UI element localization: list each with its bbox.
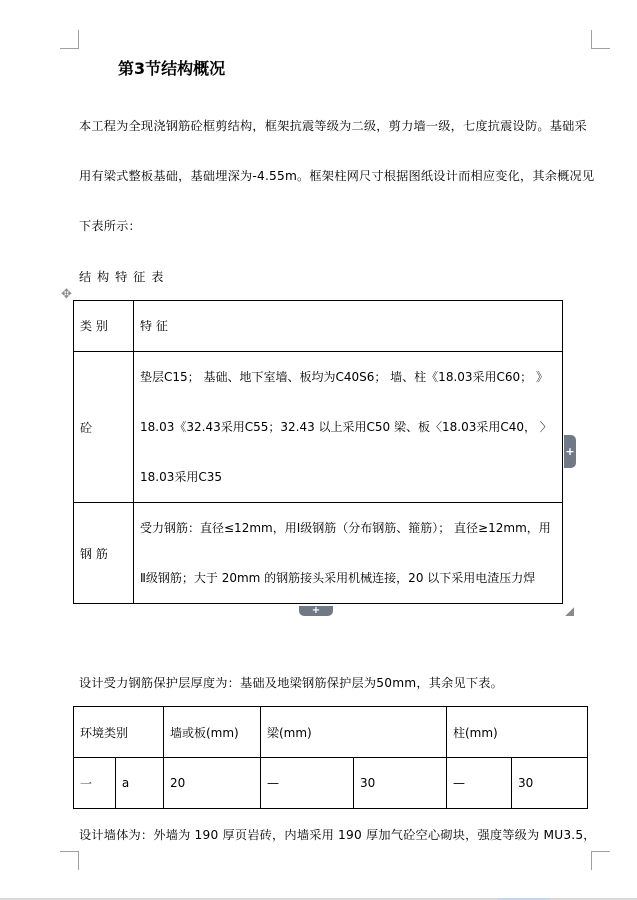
- add-row-button[interactable]: +: [299, 606, 333, 616]
- cell-beam-a: —: [261, 758, 354, 809]
- body-paragraph-line-2: 用有梁式整板基础，基础埋深为-4.55m。框架柱网尺寸根据图纸设计而相应变化，其…: [79, 167, 594, 184]
- table-caption: 结 构 特 征 表: [79, 268, 164, 285]
- feature-line: 垫层C15； 基础、地下室墙、板均为C40S6； 墙、柱《18.03采用C60；…: [140, 352, 562, 402]
- table-row: 一 a 20 — 30 — 30: [74, 758, 588, 809]
- page-corner-top-right: [591, 30, 610, 49]
- cell-env-class: 一: [74, 758, 116, 809]
- cell-column-a: —: [447, 758, 512, 809]
- cell-env-sub: a: [115, 758, 163, 809]
- cover-thickness-table: 环境类别 墙或板(mm) 梁(mm) 柱(mm) 一 a 20 — 30 — 3…: [73, 706, 588, 809]
- table-resize-handle-icon[interactable]: [565, 607, 574, 616]
- section-heading: 第3节结构概况: [118, 56, 225, 79]
- wall-paragraph: 设计墙体为：外墙为 190 厚页岩砖，内墙采用 190 厚加气砼空心砌块，强度等…: [79, 826, 596, 843]
- body-paragraph-line-3: 下表所示：: [79, 217, 141, 234]
- page-corner-top-left: [60, 30, 79, 49]
- row-features-concrete: 垫层C15； 基础、地下室墙、板均为C40S6； 墙、柱《18.03采用C60；…: [134, 352, 563, 503]
- add-column-button[interactable]: +: [564, 435, 576, 468]
- header-category: 类 别: [74, 301, 134, 352]
- cell-wall-slab: 20: [164, 758, 261, 809]
- cover-thickness-paragraph: 设计受力钢筋保护层厚度为：基础及地梁钢筋保护层为50mm，其余见下表。: [79, 674, 503, 691]
- row-category-rebar: 钢 筋: [74, 503, 134, 604]
- table-header-row: 类 别 特 征: [74, 301, 563, 352]
- table-row: 钢 筋 受力钢筋：直径≤12mm，用Ⅰ级钢筋（分布钢筋、箍筋）； 直径≥12mm…: [74, 503, 563, 604]
- header-environment-class: 环境类别: [74, 707, 164, 758]
- table-row: 砼 垫层C15； 基础、地下室墙、板均为C40S6； 墙、柱《18.03采用C6…: [74, 352, 563, 503]
- header-column: 柱(mm): [447, 707, 588, 758]
- header-beam: 梁(mm): [261, 707, 447, 758]
- row-category-concrete: 砼: [74, 352, 134, 503]
- table-header-row: 环境类别 墙或板(mm) 梁(mm) 柱(mm): [74, 707, 588, 758]
- feature-line: 18.03《32.43采用C55；32.43 以上采用C50 梁、板〈18.03…: [140, 402, 562, 452]
- body-paragraph-line-1: 本工程为全现浇钢筋砼框剪结构，框架抗震等级为二级，剪力墙一级，七度抗震设防。基础…: [79, 117, 587, 134]
- feature-line: Ⅱ级钢筋；大于 20mm 的钢筋接头采用机械连接，20 以下采用电渣压力焊: [140, 553, 562, 603]
- cell-column-b: 30: [512, 758, 588, 809]
- page-corner-bottom-left: [60, 851, 79, 870]
- feature-line: 受力钢筋：直径≤12mm，用Ⅰ级钢筋（分布钢筋、箍筋）； 直径≥12mm，用: [140, 503, 562, 553]
- header-features: 特 征: [134, 301, 563, 352]
- row-features-rebar: 受力钢筋：直径≤12mm，用Ⅰ级钢筋（分布钢筋、箍筋）； 直径≥12mm，用 Ⅱ…: [134, 503, 563, 604]
- cell-beam-b: 30: [354, 758, 447, 809]
- page-corner-bottom-right: [591, 851, 610, 870]
- structure-features-table: 类 别 特 征 砼 垫层C15； 基础、地下室墙、板均为C40S6； 墙、柱《1…: [73, 300, 563, 604]
- header-wall-slab: 墙或板(mm): [164, 707, 261, 758]
- feature-line: 18.03采用C35: [140, 452, 562, 502]
